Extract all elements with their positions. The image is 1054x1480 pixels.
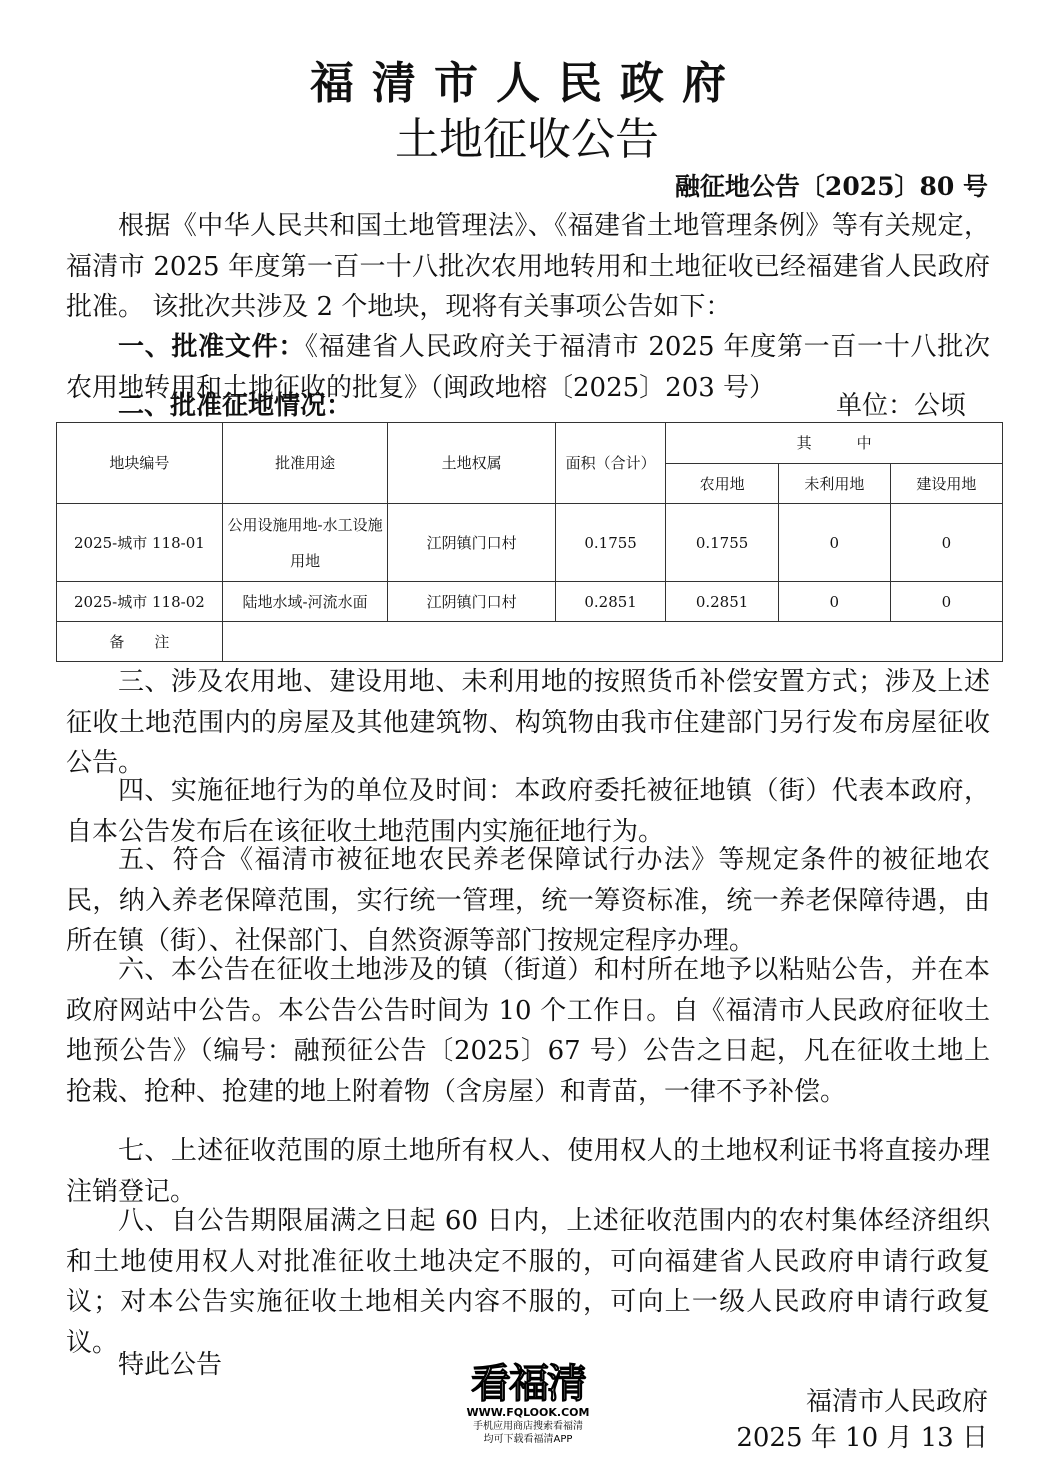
section-3: 三、涉及农用地、建设用地、未利用地的按照货币补偿安置方式；涉及上述征收土地范围内… [66, 662, 990, 784]
header-area-total: 面积（合计） [555, 423, 665, 504]
section-8: 八、自公告期限届满之日起 60 日内，上述征收范围内的农村集体经济组织和土地使用… [66, 1201, 990, 1363]
table-row: 2025-城市 118-02 陆地水域-河流水面 江阴镇门口村 0.2851 0… [57, 582, 1003, 622]
section-7: 七、上述征收范围的原土地所有权人、使用权人的土地权利证书将直接办理注销登记。 [66, 1131, 990, 1212]
watermark-line-1: 手机应用商店搜索看福清 [458, 1420, 598, 1433]
watermark-logo: 看福清 WWW.FQLOOK.COM 手机应用商店搜索看福清 均可下载看福清AP… [458, 1362, 598, 1446]
watermark-url: WWW.FQLOOK.COM [458, 1406, 598, 1420]
document-number: 融征地公告〔2025〕80 号 [675, 170, 988, 204]
header-of-which: 其 中 [666, 423, 1003, 464]
watermark-line-2: 均可下载看福清APP [458, 1433, 598, 1446]
header-ownership: 土地权属 [388, 423, 555, 504]
page-title: 土地征收公告 [0, 112, 1054, 168]
remarks-value [222, 622, 1002, 662]
issuer-heading: 福清市人民政府 [0, 56, 1054, 112]
header-construction: 建设用地 [890, 464, 1002, 504]
header-agricultural: 农用地 [666, 464, 778, 504]
section-5: 五、符合《福清市被征地农民养老保障试行办法》等规定条件的被征地农民，纳入养老保障… [66, 840, 990, 962]
intro-paragraph: 根据《中华人民共和国土地管理法》、《福建省土地管理条例》等有关规定，福清市 20… [66, 206, 990, 328]
header-unused: 未利用地 [778, 464, 890, 504]
table-row: 2025-城市 118-01 公用设施用地-水工设施用地 江阴镇门口村 0.17… [57, 504, 1003, 582]
section-1-heading: 一、批准文件： [118, 332, 305, 362]
unit-label: 单位：公顷 [836, 386, 966, 426]
remarks-row: 备 注 [57, 622, 1003, 662]
land-table: 地块编号 批准用途 土地权属 面积（合计） 其 中 农用地 未利用地 建设用地 … [56, 422, 1003, 662]
watermark-brand: 看福清 [458, 1362, 598, 1406]
remarks-label: 备 注 [57, 622, 223, 662]
header-approved-use: 批准用途 [222, 423, 388, 504]
section-6: 六、本公告在征收土地涉及的镇（街道）和村所在地予以粘贴公告，并在本政府网站中公告… [66, 950, 990, 1112]
signature-date: 2025 年 10 月 13 日 [736, 1418, 988, 1458]
header-parcel-id: 地块编号 [57, 423, 223, 504]
signature-issuer: 福清市人民政府 [806, 1382, 988, 1422]
